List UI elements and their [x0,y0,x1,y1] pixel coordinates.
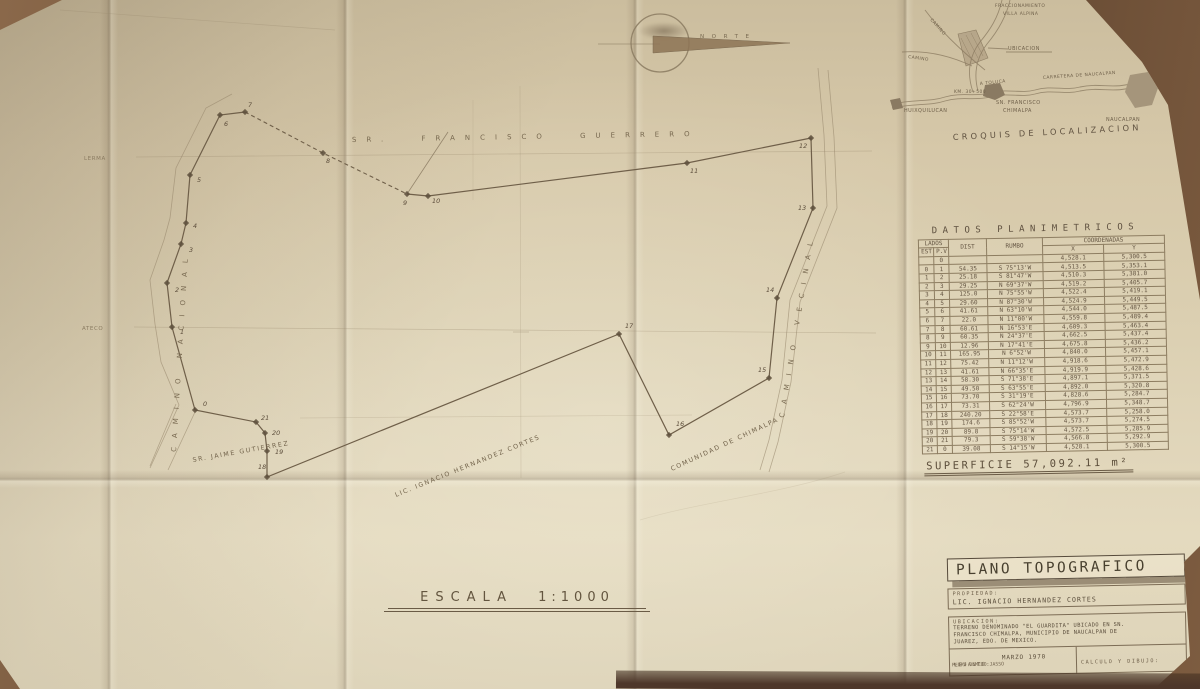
vertex-label-10: 10 [432,197,440,205]
vertex-13 [810,205,816,211]
neighbor-label-top: SR. FRANCISCO GUERRERO [352,130,700,144]
col-pv: P.V. [934,248,949,257]
table-cell: 5,300.5 [1107,441,1168,451]
reference-label-ateco: ATECO [82,326,103,332]
vertex-label-8: 8 [326,157,330,165]
vertex-label-6: 6 [224,120,228,128]
table-cell: 8 [920,334,935,343]
vertex-label-7: 7 [248,101,252,109]
table-cell: 13 [936,368,951,377]
table-cell: 7 [920,325,935,334]
table-cell: 9 [935,334,950,343]
superficie-value: 57,092.11 m² [1023,457,1129,471]
vertex-17 [616,331,622,337]
table-cell: 4 [934,291,949,300]
table-cell [919,256,934,265]
table-cell: 14 [921,385,936,394]
table-cell: 1 [919,274,934,283]
planimetric-table: LADOS DIST RUMBO COORDENADAS EST P.V. X … [918,235,1169,455]
reference-label-lerma: LERMA [84,156,106,162]
vertex-1 [169,324,175,330]
table-cell: 3 [919,291,934,300]
north-label: NORTE [700,34,757,40]
vertex-label-4: 4 [193,222,197,230]
vertex-label-14: 14 [766,286,774,294]
table-cell: 2 [919,282,934,291]
parcel-boundary [167,112,813,477]
table-cell: 4 [920,299,935,308]
croquis-ubicacion-label: UBICACION [1008,46,1040,52]
propiedad-box: PROPIEDAD: LIC. IGNACIO HERNANDEZ CORTES [947,584,1185,610]
camino-nacional-label: CAMINO NACIONAL [170,250,190,452]
vertex-6 [217,112,223,118]
table-cell: 10 [935,342,950,351]
levanto-name: PEDRO OLMEDO JASSO [952,662,1004,668]
vertex-0 [192,407,198,413]
table-cell: 15 [936,385,951,394]
croquis-camino-label-1: CAMINO [929,17,947,37]
vertex-label-21: 21 [261,414,269,422]
vertex-label-9: 9 [403,199,407,207]
calculo-label: CALCULO Y DIBUJO: [1081,658,1160,666]
table-cell: 1 [934,265,949,274]
vertex-label-11: 11 [690,167,698,175]
table-cell: 6 [935,308,950,317]
table-cell: 19 [937,419,952,428]
croquis-town-huixquilucan [890,98,903,110]
table-cell: 11 [921,360,936,369]
col-dist: DIST [948,239,986,257]
table-cell: 2 [934,273,949,282]
vertex-label-16: 16 [676,420,684,428]
table-cell: 21 [937,437,952,446]
road-lines [150,68,837,472]
vertex-2 [164,280,170,286]
escala-label: ESCALA [420,590,513,605]
croquis-fraccionamiento-line2: VILLA ALPINA [1003,11,1038,17]
paper-sheet: 0123456789101112131415161718192021 NORTE… [0,0,1200,689]
table-cell: 0 [937,445,952,454]
vertex-label-20: 20 [272,429,280,437]
ubicacion-box: UBICACION: TERRENO DENOMINADO "EL GUARDI… [948,612,1187,650]
planimetric-data-panel: DATOS PLANIMETRICOS LADOS DIST RUMBO COO… [918,222,1179,477]
escala-value: 1:1000 [538,590,614,605]
croquis-title: CROQUIS DE LOCALIZACION [953,122,1142,142]
owner-label-ignacio: LIC. IGNACIO HERNANDEZ CORTES [394,434,541,499]
table-cell: 19 [922,428,937,437]
photographed-topographic-plan: 0123456789101112131415161718192021 NORTE… [0,0,1200,689]
vertex-7 [242,109,248,115]
vertex-label-17: 17 [625,322,633,330]
table-cell: 20 [922,437,937,446]
table-cell: 9 [920,342,935,351]
table-cell: 17 [922,411,937,420]
croquis-sn-francisco-label: SN. FRANCISCO [996,100,1041,106]
table-cell: 18 [922,420,937,429]
table-cell: 0 [919,265,934,274]
croquis-de-localizacion: FRACCIONAMIENTO VILLA ALPINA UBICACION C… [890,0,1168,142]
table-cell: 16 [936,394,951,403]
table-cell: 4,528.1 [1046,442,1107,452]
vertex-9 [404,191,410,197]
fecha-value: MARZO 1970 [1002,653,1046,661]
vertex-14 [774,295,780,301]
camino-vecinal-label: CAMINO VECINAL [778,233,816,419]
table-cell: 20 [937,428,952,437]
superficie-label: SUPERFICIE [926,459,1014,473]
table-cell: 6 [920,317,935,326]
vertex-11 [684,160,690,166]
vertex-label-18: 18 [258,463,266,471]
croquis-camino-label-2: CAMINO [908,54,930,63]
table-cell: 11 [936,351,951,360]
table-cell: 12 [921,368,936,377]
croquis-town-naucalpan [1125,72,1158,108]
vertex-layer: 0123456789101112131415161718192021 [164,101,816,480]
croquis-fraccionamiento-line1: FRACCIONAMIENTO [995,3,1045,9]
table-cell: 12 [936,359,951,368]
table-cell: 5 [935,299,950,308]
vertex-label-2: 2 [175,286,179,294]
vertex-5 [187,172,193,178]
table-cell: 14 [936,376,951,385]
vertex-3 [178,241,184,247]
title-block: PLANO TOPOGRAFICO PROPIEDAD: LIC. IGNACI… [947,554,1187,677]
table-cell: 0 [934,256,949,265]
croquis-huixquilucan-label: HUIXQUILUCAN [904,108,947,114]
vertex-label-0: 0 [203,400,207,408]
vertex-label-13: 13 [798,204,806,212]
calculo-cell: CALCULO Y DIBUJO: [1077,645,1188,674]
table-cell: 3 [934,282,949,291]
table-cell: S 14°15'W [990,443,1046,453]
plan-title: PLANO TOPOGRAFICO [947,554,1185,582]
table-cell: 13 [921,377,936,386]
vertex-label-5: 5 [197,176,201,184]
paper-edge-shadow [616,670,1200,689]
croquis-chimalpa-label: CHIMALPA [1003,108,1032,114]
table-cell: 21 [922,446,937,455]
vertex-label-15: 15 [758,366,766,374]
table-cell: 5 [920,308,935,317]
table-cell: 7 [935,316,950,325]
vertex-16 [666,432,672,438]
table-cell: 39.08 [952,444,990,453]
table-cell: 15 [921,394,936,403]
table-cell: 10 [921,351,936,360]
table-cell: 8 [935,325,950,334]
croquis-km-label: KM. 30+500 [954,89,986,95]
col-est: EST [919,248,934,257]
table-cell: 18 [937,411,952,420]
vertex-12 [808,135,814,141]
vertex-18 [264,474,270,480]
table-cell: 16 [922,403,937,412]
vertex-4 [183,220,189,226]
vertex-10 [425,193,431,199]
north-arrow: NORTE [598,14,790,72]
scale-statement: ESCALA 1:1000 [388,590,646,609]
col-rumbo: RUMBO [986,238,1042,256]
croquis-carretera-label: CARRETERA DE NAUCALPAN [1043,70,1116,81]
vertex-15 [766,375,772,381]
vertex-label-12: 12 [799,142,807,150]
table-cell: 17 [937,402,952,411]
